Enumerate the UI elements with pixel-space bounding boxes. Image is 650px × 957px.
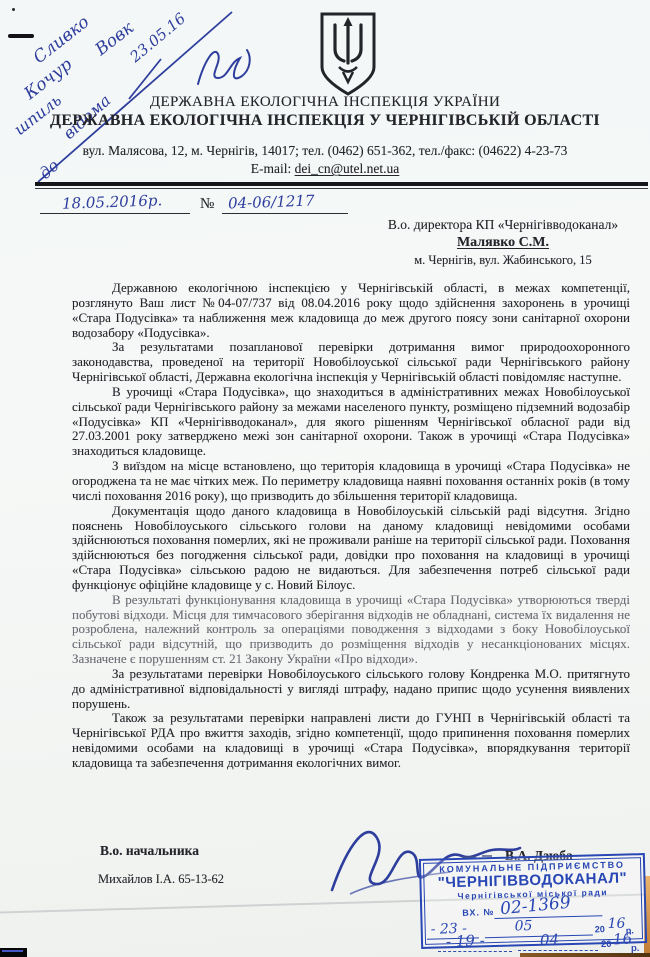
date2-day-underline	[438, 951, 512, 952]
date2-month-handwritten: 04	[540, 931, 560, 950]
date2-month-underline	[518, 950, 598, 951]
paragraph: За результатами позапланової перевірки д…	[72, 340, 630, 385]
org-parent-title: ДЕРЖАВНА ЕКОЛОГІЧНА ІНСПЕКЦІЯ УКРАЇНИ	[0, 94, 650, 111]
addressee-position: В.о. директора КП «Чернігівводоканал»	[362, 217, 644, 233]
scan-dash-artifact	[8, 34, 34, 38]
paragraph: З виїздом на місце встановлено, що терит…	[72, 459, 630, 504]
outgoing-date-handwritten: 18.05.2016р.	[62, 191, 163, 212]
paragraph: В урочищі «Стара Подусівка», що знаходит…	[72, 385, 630, 459]
date-underline	[40, 213, 190, 214]
number-underline	[222, 213, 348, 214]
date2-day-handwritten: - 19 -	[446, 931, 485, 950]
date2-year-prefix: 20	[601, 939, 612, 950]
email-label: E-mail:	[251, 161, 292, 176]
scan-speck	[12, 8, 15, 11]
outgoing-number-handwritten: 04-06/1217	[228, 191, 315, 212]
stamp-month-handwritten: 05	[514, 918, 532, 934]
stamp-incoming-label: ВХ. №	[462, 907, 494, 918]
org-email-line: E-mail: dei_cn@utel.net.ua	[0, 161, 650, 177]
paragraph: В результаті функціонування кладовища в …	[72, 593, 630, 667]
date2-year-suffix: р.	[631, 943, 639, 954]
addressee-block: В.о. директора КП «Чернігівводоканал» Ма…	[362, 217, 644, 268]
letterhead-rule-thin	[35, 188, 648, 189]
paragraph: За результатами перевірки Новобілоуськог…	[72, 667, 630, 712]
executor-line: Михайлов І.А. 65-13-62	[98, 872, 224, 887]
scan-corner-artifact	[0, 948, 27, 957]
letter-body: Державною екологічною інспекцією у Черні…	[72, 281, 630, 771]
stamp-year-prefix: 20	[595, 924, 605, 934]
date2-year-handwritten: 16	[612, 929, 632, 948]
org-address-line: вул. Малясова, 12, м. Чернігів, 14017; т…	[0, 143, 650, 159]
paragraph: Документація щодо даного кладовища в Нов…	[72, 504, 630, 593]
scanned-letter-page: Сливко Кочур Вовк шпиль відома до 23.05.…	[0, 0, 650, 957]
email-address: dei_cn@utel.net.ua	[295, 161, 400, 176]
addressee-address: м. Чернігів, вул. Жабинського, 15	[362, 253, 644, 268]
paragraph: Державною екологічною інспекцією у Черні…	[72, 281, 630, 340]
handwritten-date: 23.05.16	[126, 9, 189, 66]
signer-position: В.о. начальника	[100, 843, 199, 859]
paragraph: Також за результатами перевірки направле…	[72, 711, 630, 770]
letterhead-rule	[35, 182, 648, 186]
ukraine-trident-emblem	[317, 11, 379, 97]
org-title: ДЕРЖАВНА ЕКОЛОГІЧНА ІНСПЕКЦІЯ У ЧЕРНІГІВ…	[0, 112, 650, 130]
addressee-name: Малявко С.М.	[362, 235, 644, 251]
approval-squiggle	[198, 50, 250, 84]
number-sign: №	[200, 196, 214, 213]
